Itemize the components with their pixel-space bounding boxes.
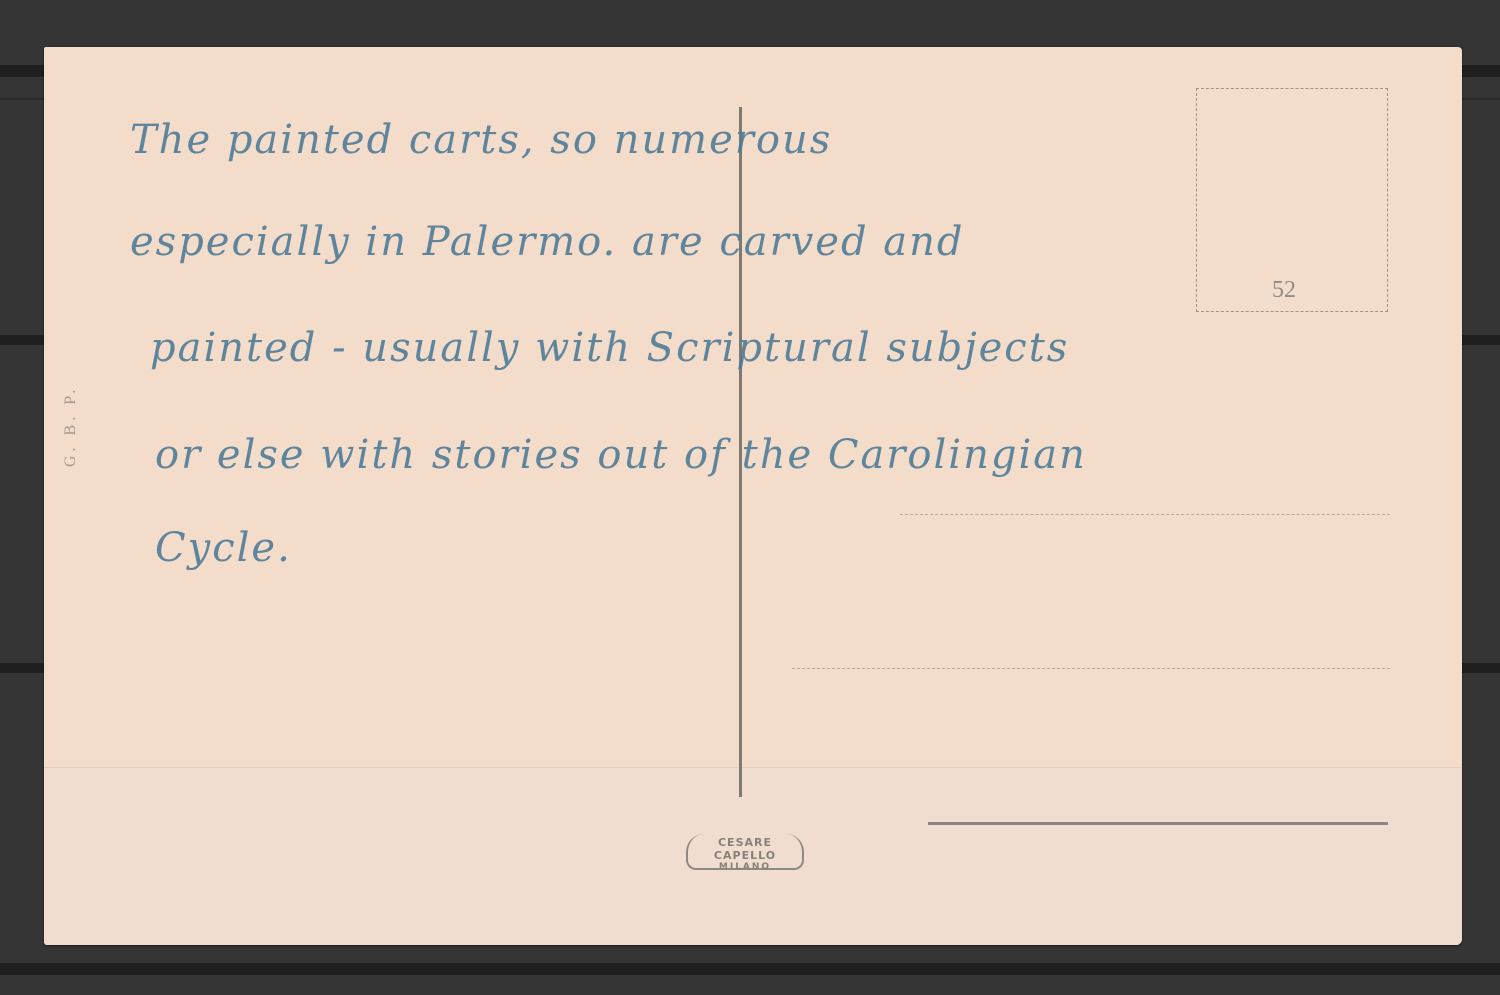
postcard-back: G. B. P. 52 CESARE CAPELLO MILANO The pa…: [44, 47, 1462, 945]
printer-mark: G. B. P.: [62, 386, 80, 467]
publisher-city: MILANO: [688, 862, 802, 872]
background-stripe: [0, 963, 1500, 975]
address-line-1: [900, 514, 1390, 515]
handwritten-line-3: painted - usually with Scriptural subjec…: [150, 325, 1069, 371]
address-line-2: [792, 668, 1390, 669]
publisher-name: CESARE CAPELLO: [688, 836, 802, 862]
publisher-logo: CESARE CAPELLO MILANO: [686, 834, 804, 870]
handwritten-line-4: or else with stories out of the Caroling…: [155, 432, 1087, 478]
stamp-box-number: 52: [1272, 277, 1296, 304]
handwritten-line-2: especially in Palermo. are carved and: [130, 219, 965, 265]
handwritten-line-5: Cycle.: [155, 525, 292, 571]
handwritten-line-1: The painted carts, so numerous: [130, 117, 832, 163]
address-line-solid: [928, 822, 1388, 825]
